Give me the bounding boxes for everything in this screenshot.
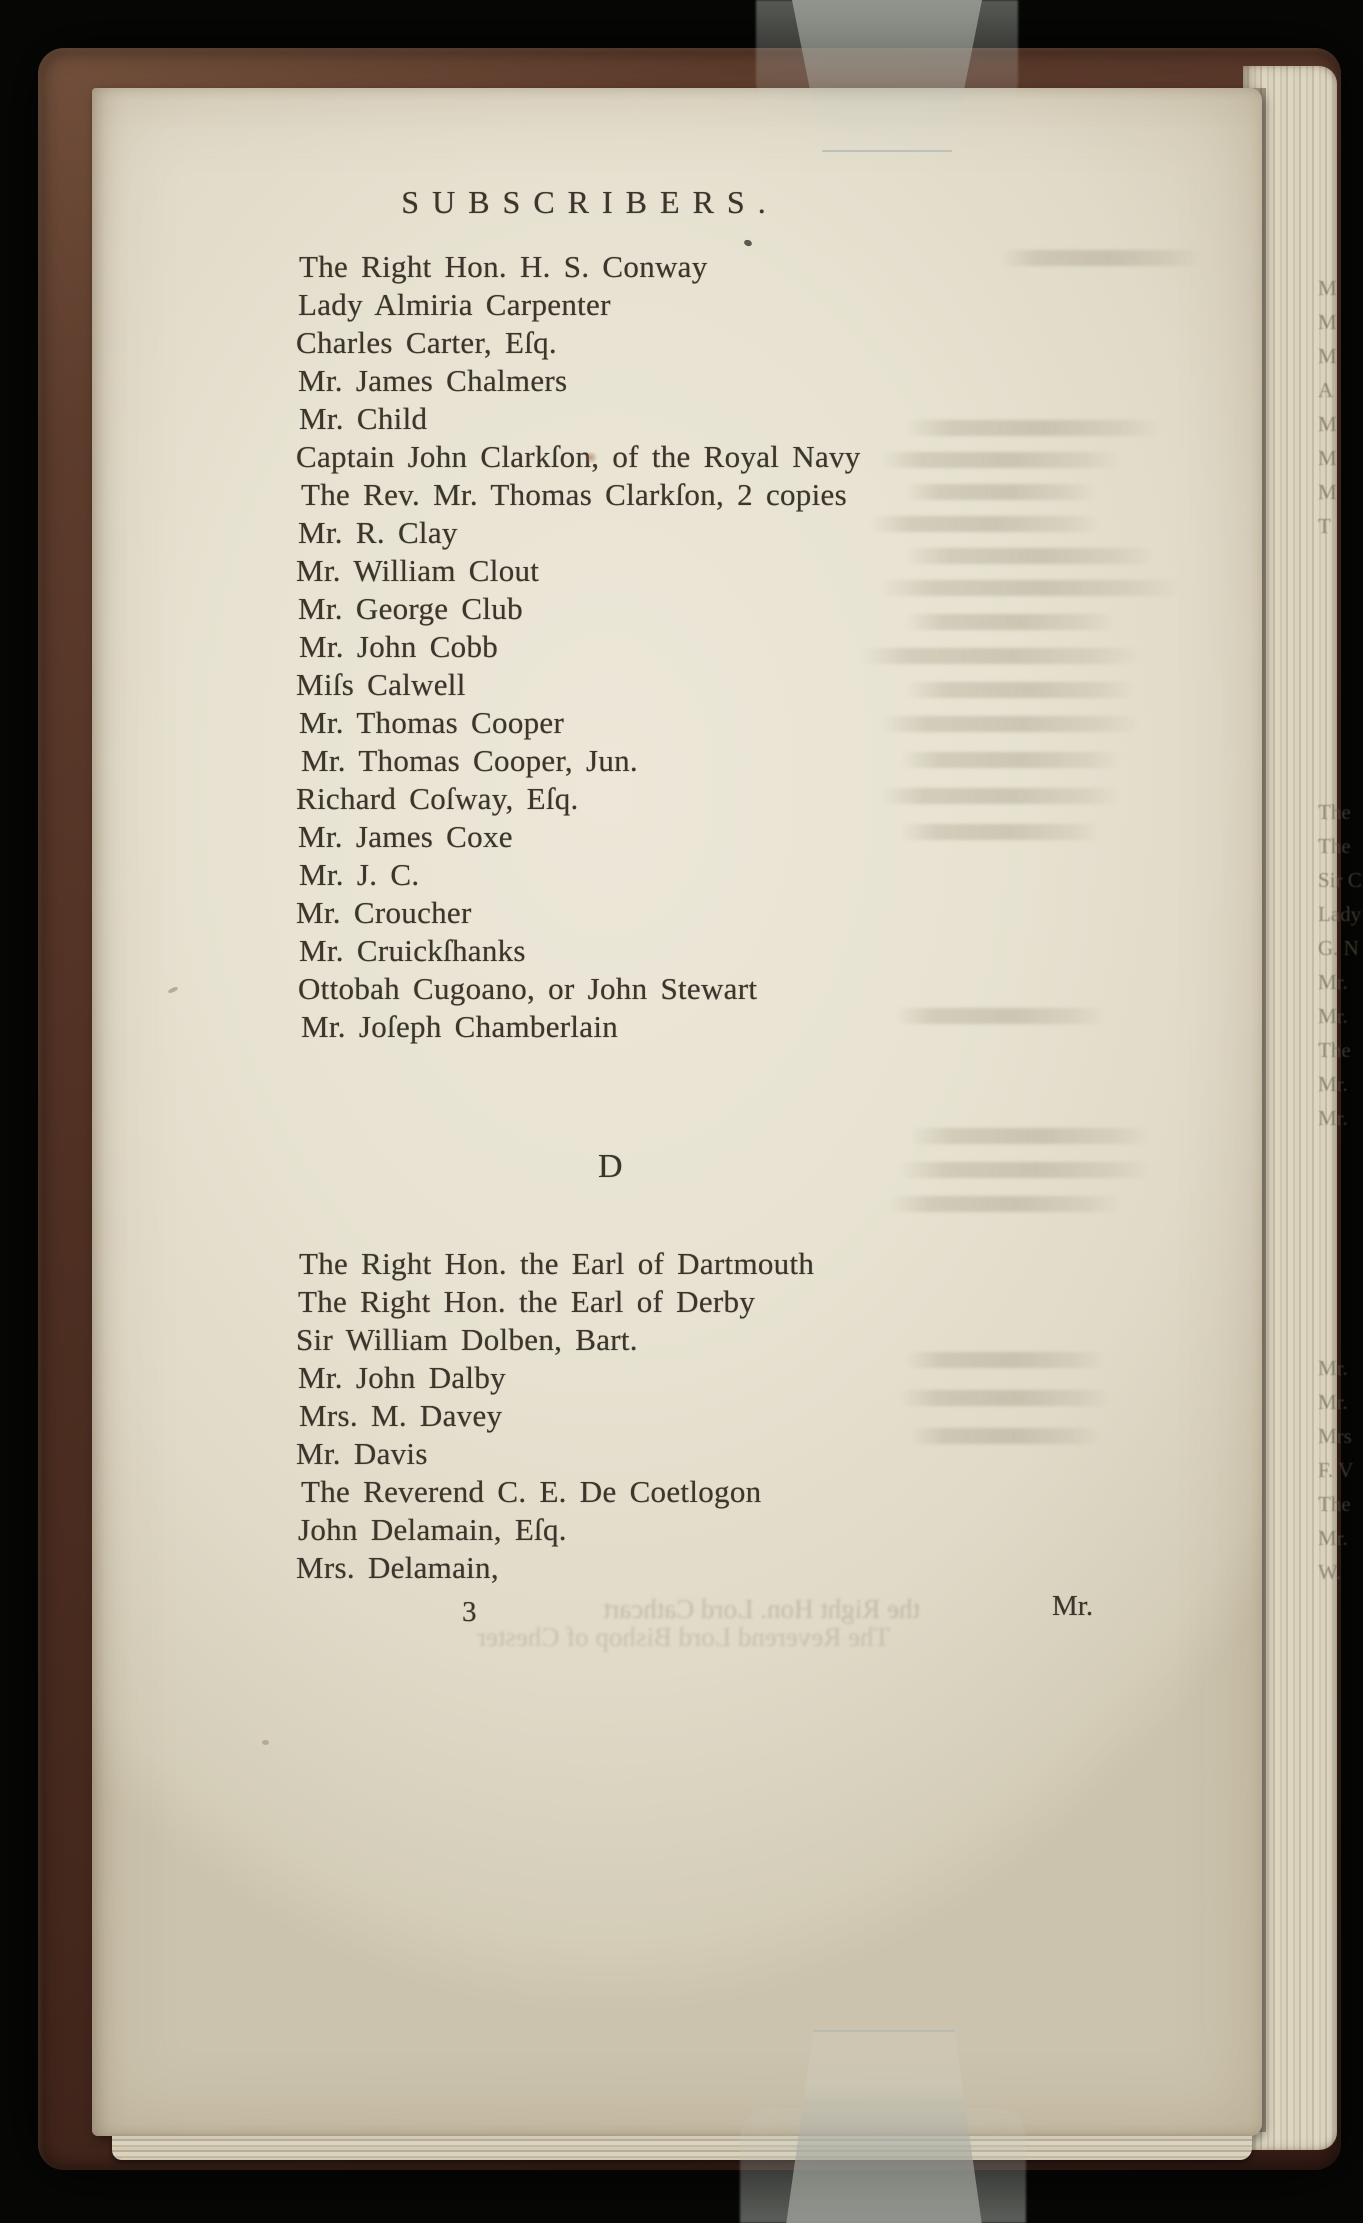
edge-text-fragment: The bbox=[1318, 800, 1363, 825]
subscriber-name: Mr. William Clout bbox=[296, 552, 1058, 590]
subscriber-list-c: The Right Hon. H. S. ConwayLady Almiria … bbox=[298, 248, 1058, 1046]
subscriber-name: Mr. Cruickſhanks bbox=[299, 932, 1058, 970]
subscriber-name: Ottobah Cugoano, or John Stewart bbox=[298, 970, 1058, 1008]
page-number: 3 bbox=[462, 1596, 477, 1629]
edge-text-fragment: Mr. bbox=[1318, 1356, 1363, 1381]
edge-text-fragment: A bbox=[1318, 378, 1363, 403]
bleedthrough-text-line: the Right Hon. Lord Cathcart bbox=[520, 1594, 920, 1625]
subscriber-name: The Right Hon. H. S. Conway bbox=[299, 248, 1058, 286]
bleedthrough-text-line: The Reverend Lord Bishop of Chester bbox=[330, 1622, 890, 1653]
subscriber-name: Mr. Joſeph Chamberlain bbox=[301, 1008, 1058, 1046]
subscriber-name: The Right Hon. the Earl of Dartmouth bbox=[299, 1245, 1058, 1283]
section-heading-d: D bbox=[598, 1148, 623, 1186]
subscriber-name: Mr. J. C. bbox=[299, 856, 1058, 894]
bleedthrough-smudge bbox=[900, 1162, 1150, 1178]
edge-text-fragment: M bbox=[1318, 344, 1363, 369]
edge-text-fragment: W. bbox=[1318, 1560, 1363, 1585]
edge-text-fragment: The bbox=[1318, 834, 1363, 859]
edge-text-fragment: M bbox=[1318, 412, 1363, 437]
foxing-stain bbox=[584, 452, 598, 463]
bleedthrough-smudge bbox=[910, 1128, 1150, 1144]
subscriber-name: Charles Carter, Eſq. bbox=[296, 324, 1058, 362]
edge-text-fragment: F. V bbox=[1318, 1458, 1363, 1483]
subscriber-name: Mrs. M. Davey bbox=[299, 1397, 1058, 1435]
edge-text-fragment: Mr. bbox=[1318, 1072, 1363, 1097]
subscriber-name: Mr. Davis bbox=[296, 1435, 1058, 1473]
subscriber-name: John Delamain, Eſq. bbox=[298, 1511, 1058, 1549]
paper-speck bbox=[262, 1740, 269, 1745]
subscriber-name: Mr. Croucher bbox=[296, 894, 1058, 932]
edge-text-fragment: Mr. bbox=[1318, 970, 1363, 995]
page-title: SUBSCRIBERS. bbox=[340, 184, 840, 221]
edge-text-fragment: M bbox=[1318, 276, 1363, 301]
page-bottom-edges bbox=[112, 2136, 1252, 2160]
edge-text-fragment: Mr. bbox=[1318, 1526, 1363, 1551]
edge-text-fragment: Mrs bbox=[1318, 1424, 1363, 1449]
subscriber-name: The Reverend C. E. De Coetlogon bbox=[301, 1473, 1058, 1511]
subscriber-list-d: The Right Hon. the Earl of DartmouthThe … bbox=[298, 1245, 1058, 1587]
edge-text-fragment: Mr. bbox=[1318, 1004, 1363, 1029]
edge-text-fragment: Mr. bbox=[1318, 1390, 1363, 1415]
subscriber-name: Mr. George Club bbox=[298, 590, 1058, 628]
edge-text-fragment: The bbox=[1318, 1038, 1363, 1063]
edge-text-fragment: Sir C bbox=[1318, 868, 1363, 893]
subscriber-name: Mr. Child bbox=[299, 400, 1058, 438]
subscriber-name: Mr. John Dalby bbox=[298, 1359, 1058, 1397]
bleedthrough-smudge bbox=[890, 1196, 1120, 1212]
edge-text-fragment: G. N bbox=[1318, 936, 1363, 961]
subscriber-name: Mr. James Chalmers bbox=[298, 362, 1058, 400]
subscriber-name: The Right Hon. the Earl of Derby bbox=[298, 1283, 1058, 1321]
book-strap-bottom bbox=[752, 2030, 1014, 2223]
subscriber-name: Captain John Clarkſon, of the Royal Navy bbox=[296, 438, 1058, 476]
edge-text-fragment: M bbox=[1318, 480, 1363, 505]
edge-text-fragment: The bbox=[1318, 1492, 1363, 1517]
book-strap-top-band bbox=[792, 0, 982, 152]
subscriber-name: Mr. Thomas Cooper bbox=[299, 704, 1058, 742]
catchword: Mr. bbox=[1052, 1590, 1093, 1623]
book-photograph: the Right Hon. Lord Cathcart The Reveren… bbox=[0, 0, 1363, 2223]
edge-text-fragment: M bbox=[1318, 310, 1363, 335]
edge-text-fragment: Lady bbox=[1318, 902, 1363, 927]
subscriber-name: Mr. Thomas Cooper, Jun. bbox=[301, 742, 1058, 780]
subscriber-name: Mrs. Delamain, bbox=[296, 1549, 1058, 1587]
book-strap-bottom-band bbox=[786, 2030, 982, 2223]
edge-text-fragment: M bbox=[1318, 446, 1363, 471]
subscriber-name: The Rev. Mr. Thomas Clarkſon, 2 copies bbox=[301, 476, 1058, 514]
edge-text-fragment: T bbox=[1318, 514, 1363, 539]
subscriber-name: Mr. R. Clay bbox=[298, 514, 1058, 552]
edge-text-fragment: Mr. bbox=[1318, 1106, 1363, 1131]
subscriber-name: Miſs Calwell bbox=[296, 666, 1058, 704]
subscriber-name: Lady Almiria Carpenter bbox=[298, 286, 1058, 324]
subscriber-name: Mr. James Coxe bbox=[298, 818, 1058, 856]
book-strap-top bbox=[770, 0, 1005, 152]
subscriber-name: Sir William Dolben, Bart. bbox=[296, 1321, 1058, 1359]
subscriber-name: Mr. John Cobb bbox=[299, 628, 1058, 666]
subscriber-name: Richard Coſway, Eſq. bbox=[296, 780, 1058, 818]
